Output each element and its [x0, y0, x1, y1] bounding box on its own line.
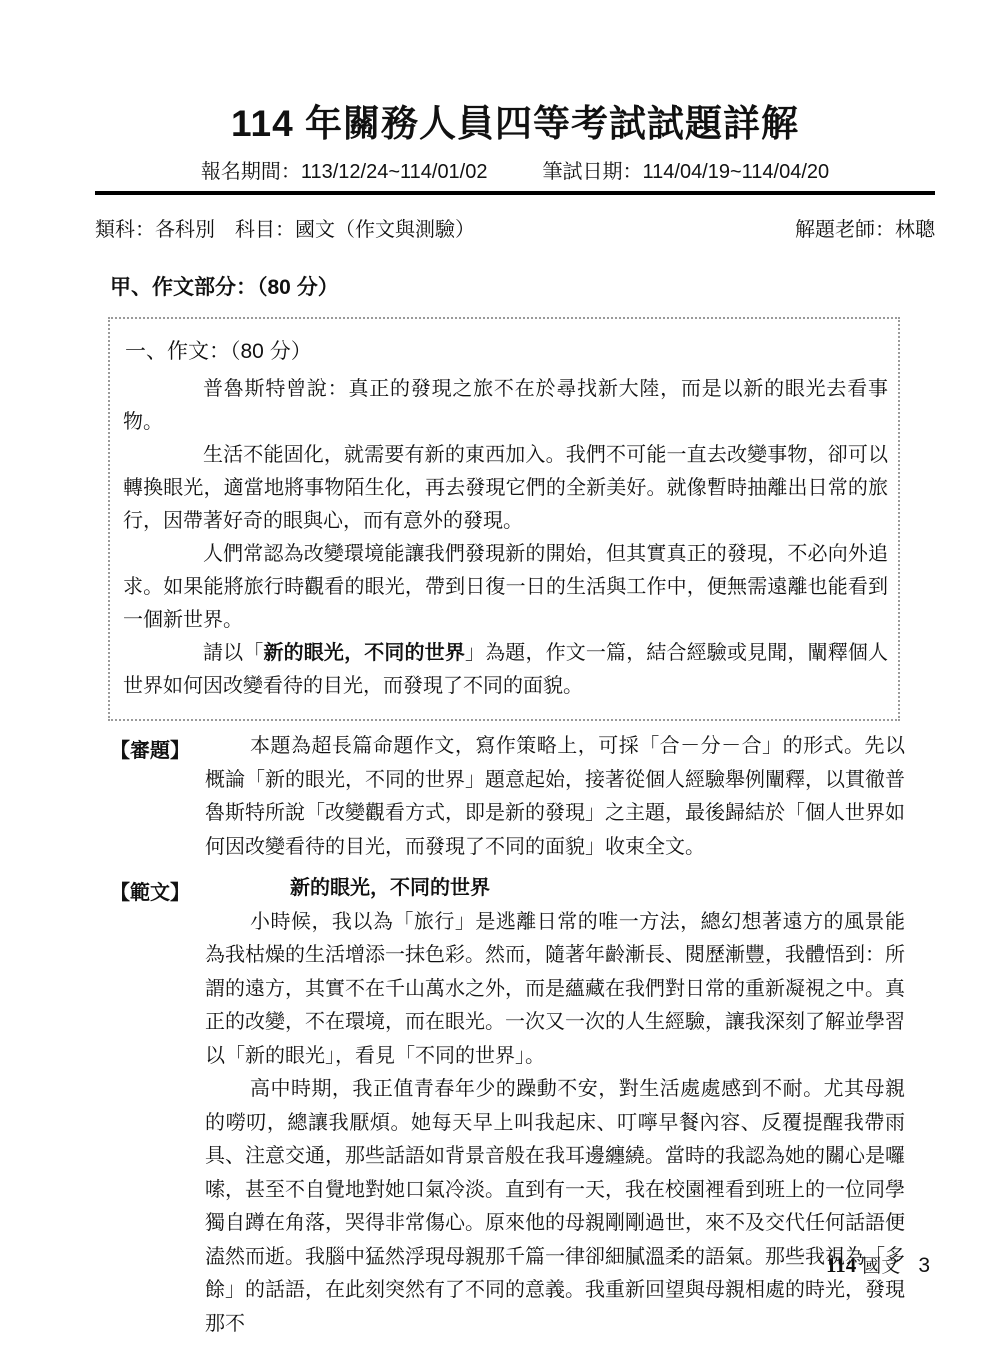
question-box: 一、作文：（80 分） 普魯斯特曾說：真正的發現之旅不在於尋找新大陸，而是以新的… [108, 317, 900, 721]
question-paragraph: 生活不能固化，就需要有新的東西加入。我們不可能一直去改變事物，卻可以轉換眼光，適… [123, 439, 888, 538]
section-heading: 甲、作文部分：（80 分） [110, 271, 905, 301]
document-header: 114 年關務人員四等考試試題詳解 報名期間：113/12/24~114/01/… [95, 0, 935, 242]
exam-dates-row: 報名期間：113/12/24~114/01/02 筆試日期：114/04/19~… [95, 155, 935, 184]
analysis-content: 本題為超長篇命題作文，寫作策略上，可採「合－分－合」的形式。先以概論「新的眼光，… [205, 730, 905, 864]
footer-subject: 國文 [862, 1256, 900, 1277]
analysis-label: 【審題】 [110, 734, 190, 763]
model-essay-content: 新的眼光，不同的世界 小時候，我以為「旅行」是逃離日常的唯一方法，總幻想著遠方的… [205, 872, 905, 1341]
question-paragraph: 人們常認為改變環境能讓我們發現新的開始，但其實真正的發現，不必向外追求。如果能將… [123, 538, 888, 637]
model-essay-section: 【範文】 新的眼光，不同的世界 小時候，我以為「旅行」是逃離日常的唯一方法，總幻… [110, 872, 905, 1341]
page-footer: 114國文3 [826, 1251, 930, 1278]
essay-prompt: 請以「新的眼光，不同的世界」為題，作文一篇，結合經驗或見聞，闡釋個人世界如何因改… [123, 637, 888, 703]
question-heading: 一、作文：（80 分） [125, 335, 888, 365]
analysis-section: 【審題】 本題為超長篇命題作文，寫作策略上，可採「合－分－合」的形式。先以概論「… [110, 730, 905, 864]
footer-volume: 114 [826, 1253, 856, 1277]
meta-row: 類科：各科別 科目：國文（作文與測驗） 解題老師：林聰 [95, 213, 935, 242]
prompt-title: 新的眼光，不同的世界 [263, 642, 465, 664]
essay-paragraph: 高中時期，我正值青春年少的躁動不安，對生活處處感到不耐。尤其母親的嘮叨，總讓我厭… [205, 1073, 905, 1341]
registration-period: 報名期間：113/12/24~114/01/02 [201, 155, 488, 184]
written-exam-date: 筆試日期：114/04/19~114/04/20 [543, 155, 830, 184]
category-subject: 類科：各科別 科目：國文（作文與測驗） [95, 213, 475, 242]
prompt-prefix: 請以「 [203, 642, 263, 664]
footer-page-number: 3 [918, 1254, 930, 1277]
document-body: 甲、作文部分：（80 分） 一、作文：（80 分） 普魯斯特曾說：真正的發現之旅… [110, 271, 905, 1341]
page-title: 114 年關務人員四等考試試題詳解 [95, 102, 935, 146]
essay-title: 新的眼光，不同的世界 [290, 872, 905, 906]
question-paragraph: 普魯斯特曾說：真正的發現之旅不在於尋找新大陸，而是以新的眼光去看事物。 [123, 373, 888, 439]
divider-rule [95, 191, 935, 195]
model-essay-label: 【範文】 [110, 876, 190, 905]
essay-paragraph: 小時候，我以為「旅行」是逃離日常的唯一方法，總幻想著遠方的風景能為我枯燥的生活增… [205, 906, 905, 1074]
document-page: 114 年關務人員四等考試試題詳解 報名期間：113/12/24~114/01/… [0, 0, 1000, 1353]
solver-name: 解題老師：林聰 [795, 213, 935, 242]
analysis-text: 本題為超長篇命題作文，寫作策略上，可採「合－分－合」的形式。先以概論「新的眼光，… [205, 730, 905, 864]
